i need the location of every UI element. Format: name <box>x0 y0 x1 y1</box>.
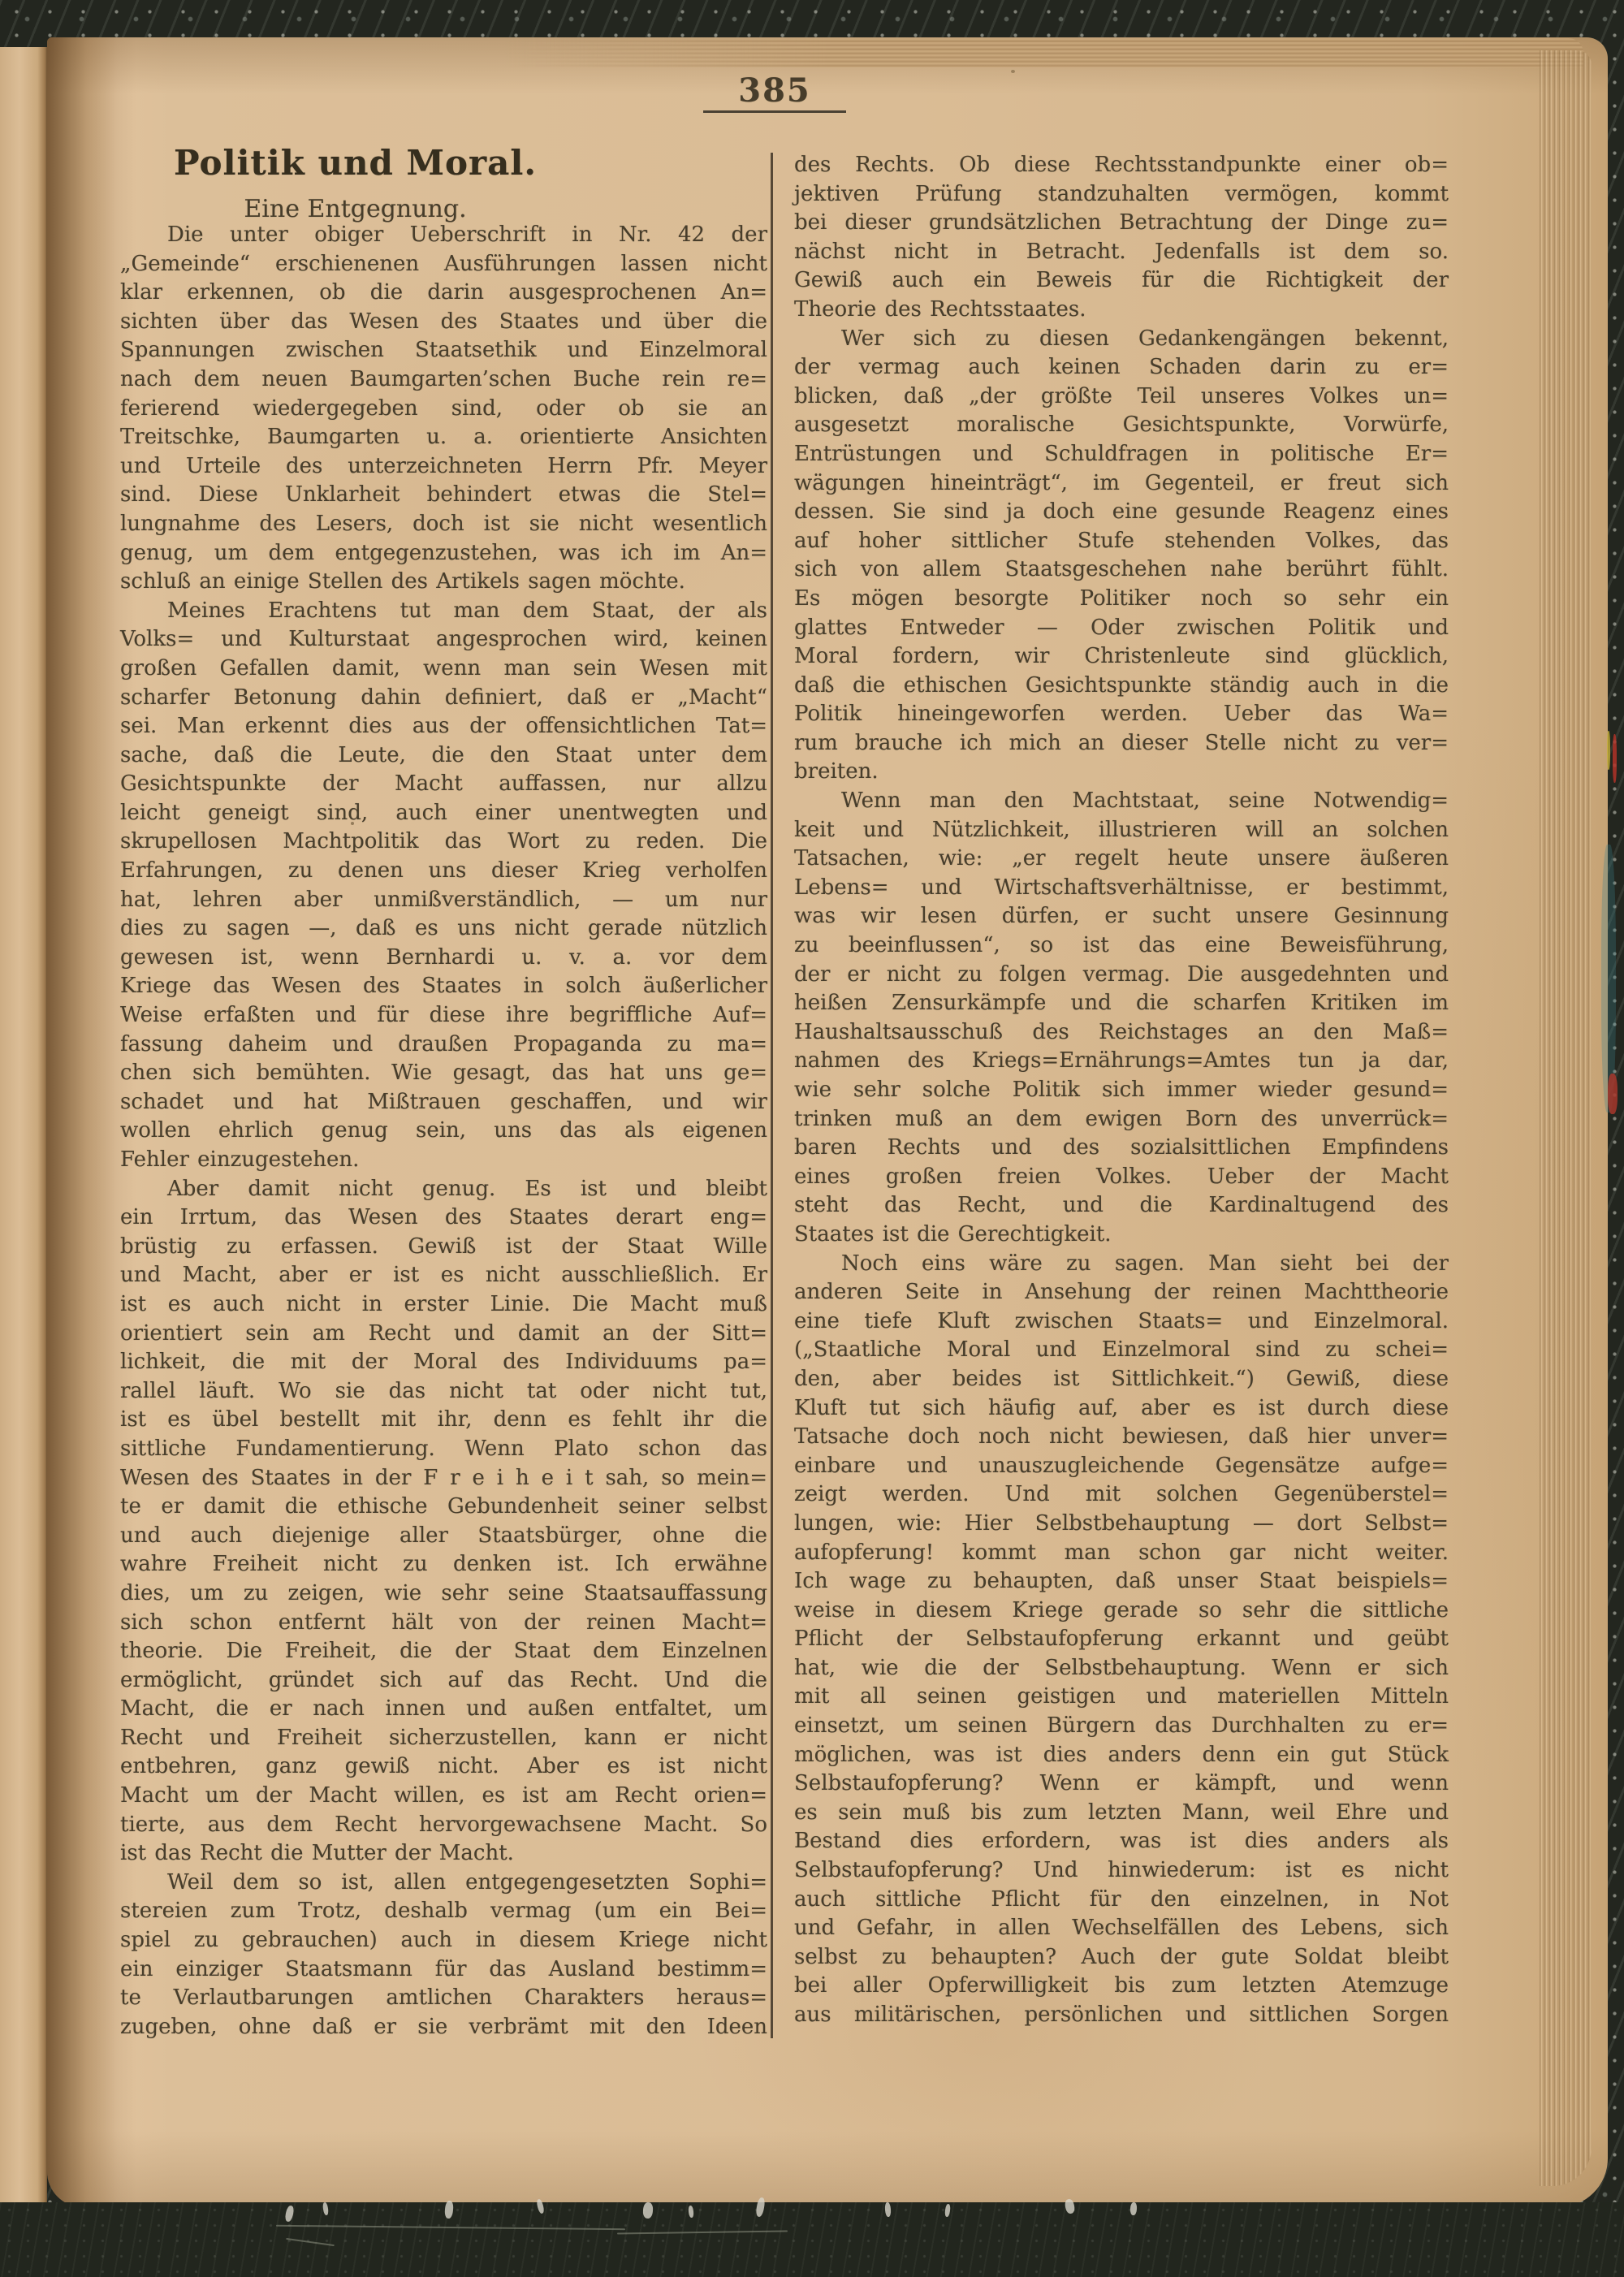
text-line: Moral fordern, wir Christenleute sind gl… <box>794 642 1449 672</box>
text-line: chen sich bemühten. Wie gesagt, das hat … <box>120 1059 767 1088</box>
text-line: nahmen des Kriegs=Ernährungs=Amtes tun j… <box>794 1047 1449 1076</box>
text-line: Gewiß auch ein Beweis für die Richtigkei… <box>794 266 1449 296</box>
text-line: ein einziger Staatsmann für das Ausland … <box>120 1955 767 1985</box>
text-line: wägungen hineinträgt“, im Gegenteil, er … <box>794 469 1449 499</box>
text-line: auf hoher sittlicher Stufe stehenden Vol… <box>794 527 1449 556</box>
text-line: Bestand dies erfordern, was ist dies and… <box>794 1827 1449 1856</box>
text-line: lichkeit, die mit der Moral des Individu… <box>120 1348 767 1377</box>
text-line: heißen Zensurkämpfe und die scharfen Kri… <box>794 989 1449 1018</box>
text-line: nach dem neuen Baumgarten’schen Buche re… <box>120 365 767 395</box>
text-line: sittliche Fundamentierung. Wenn Plato sc… <box>120 1435 767 1464</box>
text-line: Politik hineingeworfen werden. Ueber das… <box>794 700 1449 729</box>
text-line: sich von allem Staatsgeschehen nahe berü… <box>794 555 1449 585</box>
text-line: sache, daß die Leute, die den Staat unte… <box>120 741 767 771</box>
text-line: Gesichtspunkte der Macht auffassen, nur … <box>120 770 767 799</box>
text-line: auch sittliche Pflicht für den einzelnen… <box>794 1886 1449 1915</box>
text-line: dies zu sagen —, daß es uns nicht gerade… <box>120 914 767 944</box>
text-line: den, aber beides ist Sittlichkeit.“) Gew… <box>794 1365 1449 1394</box>
text-line: mit all seinen geistigen und materiellen… <box>794 1683 1449 1712</box>
text-line: rallel läuft. Wo sie das nicht tat oder … <box>120 1377 767 1406</box>
text-line: Noch eins wäre zu sagen. Man sieht bei d… <box>794 1250 1449 1279</box>
text-line: („Staatliche Moral und Einzelmoral sind … <box>794 1336 1449 1365</box>
text-line: skrupellosen Machtpolitik das Wort zu re… <box>120 827 767 857</box>
text-line: Pflicht der Selbstaufopferung erkannt un… <box>794 1625 1449 1654</box>
text-line: ist es übel bestellt mit ihr, denn es fe… <box>120 1406 767 1435</box>
text-line: Kluft tut sich häufig auf, aber es ist d… <box>794 1394 1449 1424</box>
text-line: was wir lesen dürfen, er sucht unsere Ge… <box>794 902 1449 931</box>
text-line: zeigt werden. Und mit solchen Gegenübers… <box>794 1480 1449 1510</box>
text-line: bei dieser grundsätzlichen Betrachtung d… <box>794 209 1449 238</box>
text-line: Tatsachen, wie: „er regelt heute unsere … <box>794 845 1449 874</box>
text-line: weise in diesem Kriege gerade so sehr di… <box>794 1596 1449 1626</box>
text-line: Wer sich zu diesen Gedankengängen bekenn… <box>794 325 1449 354</box>
column-divider-rule <box>771 153 773 2038</box>
text-line: Die unter obiger Ueberschrift in Nr. 42 … <box>120 221 767 250</box>
text-line: ist das Recht die Mutter der Macht. <box>120 1839 767 1869</box>
text-line: und Urteile des unterzeichneten Herrn Pf… <box>120 452 767 482</box>
edge-mark-teal <box>1601 845 1616 1113</box>
text-line: hat, wie die der Selbstbehauptung. Wenn … <box>794 1654 1449 1683</box>
text-line: baren Rechts und des sozialsittlichen Em… <box>794 1134 1449 1163</box>
facing-page-edge <box>0 47 47 2249</box>
text-line: stereien zum Trotz, deshalb vermag (um e… <box>120 1897 767 1926</box>
text-line: sichten über das Wesen des Staates und ü… <box>120 308 767 337</box>
text-line: aus militärischen, persönlichen und sitt… <box>794 2001 1449 2030</box>
text-line: fassung daheim und draußen Propaganda zu… <box>120 1030 767 1060</box>
text-line: te Verlautbarungen amtlichen Charakters … <box>120 1984 767 2013</box>
text-line: zugeben, ohne daß er sie verbrämt mit de… <box>120 2013 767 2042</box>
text-line: und Gefahr, in allen Wechselfällen des L… <box>794 1914 1449 1943</box>
text-line: blicken, daß „der größte Teil unseres Vo… <box>794 382 1449 412</box>
text-line: eines großen freien Volkes. Ueber der Ma… <box>794 1163 1449 1192</box>
text-line: trinken muß an dem ewigen Born des unver… <box>794 1105 1449 1134</box>
text-line: der vermag auch keinen Schaden darin zu … <box>794 353 1449 382</box>
text-line: Spannungen zwischen Staatsethik und Einz… <box>120 336 767 365</box>
text-line: lungnahme des Lesers, doch ist sie nicht… <box>120 510 767 539</box>
text-line: genug, um dem entgegenzustehen, was ich … <box>120 539 767 568</box>
text-line: nächst nicht in Betracht. Jedenfalls ist… <box>794 238 1449 267</box>
article-title: Politik und Moral. <box>122 143 589 183</box>
text-line: dies, um zu zeigen, wie sehr seine Staat… <box>120 1579 767 1609</box>
text-line: sind. Diese Unklarheit behindert etwas d… <box>120 481 767 510</box>
page-number: 385 <box>703 71 846 110</box>
text-line: entbehren, ganz gewiß nicht. Aber es ist… <box>120 1752 767 1782</box>
text-line: wahre Freiheit nicht zu denken ist. Ich … <box>120 1550 767 1579</box>
text-line: rum brauche ich mich an dieser Stelle ni… <box>794 729 1449 758</box>
text-line: Haushaltsausschuß des Reichstages an den… <box>794 1018 1449 1048</box>
text-line: Selbstaufopferung? Wenn er kämpft, und w… <box>794 1769 1449 1799</box>
text-line: es sein muß bis zum letzten Mann, weil E… <box>794 1799 1449 1828</box>
text-line: scharfer Betonung dahin definiert, daß e… <box>120 684 767 713</box>
text-line: ermöglicht, gründet sich auf das Recht. … <box>120 1666 767 1696</box>
text-line: bei aller Opferwilligkeit bis zum letzte… <box>794 1972 1449 2001</box>
text-line: breiten. <box>794 758 1449 787</box>
text-line: ausgesetzt moralische Gesichtspunkte, Vo… <box>794 411 1449 440</box>
text-line: anderen Seite in Ansehung der reinen Mac… <box>794 1278 1449 1307</box>
text-line: brüstig zu erfassen. Gewiß ist der Staat… <box>120 1233 767 1262</box>
text-line: theorie. Die Freiheit, die der Staat dem… <box>120 1637 767 1666</box>
text-line: Macht um der Macht willen, es ist am Rec… <box>120 1782 767 1811</box>
text-line: ist es auch nicht in erster Linie. Die M… <box>120 1290 767 1320</box>
text-line: Es mögen besorgte Politiker noch so sehr… <box>794 585 1449 614</box>
edge-mark-red-blob <box>1608 1074 1618 1114</box>
text-line: Wesen des Staates in der F r e i h e i t… <box>120 1464 767 1493</box>
text-line: zu beeinflussen“, so ist das eine Beweis… <box>794 931 1449 961</box>
text-line: Erfahrungen, zu denen uns dieser Krieg v… <box>120 857 767 886</box>
text-column-left: Die unter obiger Ueberschrift in Nr. 42 … <box>120 221 767 2042</box>
text-line: und Macht, aber er ist es nicht ausschli… <box>120 1261 767 1290</box>
text-line: te er damit die ethische Gebundenheit se… <box>120 1493 767 1522</box>
text-line: keit und Nützlichkeit, illustrieren will… <box>794 816 1449 845</box>
book-cover-bottom <box>0 2202 1624 2277</box>
text-line: Lebens= und Wirtschaftsverhältnisse, er … <box>794 874 1449 903</box>
text-line: daß die ethischen Gesichtspunkte ständig… <box>794 672 1449 701</box>
text-line: der er nicht zu folgen vermag. Die ausge… <box>794 961 1449 990</box>
book-photograph: { "page": { "number": "385", "title": "P… <box>0 0 1624 2277</box>
text-line: jektiven Prüfung standzuhalten vermögen,… <box>794 180 1449 210</box>
text-line: Tatsache doch noch nicht bewiesen, daß h… <box>794 1423 1449 1452</box>
text-line: Weise erfaßten und für diese ihre begrif… <box>120 1001 767 1030</box>
page-number-rule <box>703 110 846 113</box>
text-line: leicht geneigt sind, auch einer unentweg… <box>120 799 767 828</box>
text-line: gewesen ist, wenn Bernhardi u. v. a. vor… <box>120 944 767 973</box>
text-line: ein Irrtum, das Wesen des Staates derart… <box>120 1203 767 1233</box>
text-line: glattes Entweder — Oder zwischen Politik… <box>794 614 1449 643</box>
text-line: schluß an einige Stellen des Artikels sa… <box>120 568 767 597</box>
text-line: hat, lehren aber unmißverständlich, — um… <box>120 886 767 915</box>
text-line: orientiert sein am Recht und damit an de… <box>120 1320 767 1349</box>
text-line: einsetzt, um seinen Bürgern das Durchhal… <box>794 1712 1449 1741</box>
page-stack-top-edge <box>503 38 1583 67</box>
text-line: Wenn man den Machtstaat, seine Notwendig… <box>794 787 1449 816</box>
ink-speck <box>1011 70 1015 73</box>
text-line: Volks= und Kulturstaat angesprochen wird… <box>120 625 767 655</box>
page-stack-fore-edge <box>1540 50 1592 2186</box>
text-column-right: des Rechts. Ob diese Rechtsstandpunkte e… <box>794 151 1449 2030</box>
text-line: Selbstaufopferung? Und hinwiederum: ist … <box>794 1856 1449 1886</box>
text-line: aufopferung! kommt man schon gar nicht w… <box>794 1539 1449 1568</box>
text-line: Theorie des Rechtsstaates. <box>794 296 1449 325</box>
text-line: spiel zu gebrauchen) auch in diesem Krie… <box>120 1926 767 1955</box>
text-line: sei. Man erkennt dies aus der offensicht… <box>120 712 767 741</box>
text-line: eine tiefe Kluft zwischen Staats= und Ei… <box>794 1307 1449 1337</box>
text-line: klar erkennen, ob die darin ausgesproche… <box>120 279 767 308</box>
text-line: und auch diejenige aller Staatsbürger, o… <box>120 1522 767 1551</box>
text-line: Macht, die er nach innen und außen entfa… <box>120 1695 767 1724</box>
text-line: Staates ist die Gerechtigkeit. <box>794 1221 1449 1250</box>
text-line: schadet und hat Mißtrauen geschaffen, un… <box>120 1088 767 1117</box>
edge-mark-yellow <box>1607 731 1610 770</box>
text-line: selbst zu behaupten? Auch der gute Solda… <box>794 1943 1449 1972</box>
text-line: Ich wage zu behaupten, daß unser Staat b… <box>794 1567 1449 1596</box>
text-line: dessen. Sie sind ja doch eine gesunde Re… <box>794 498 1449 527</box>
text-line: Kriege das Wesen des Staates in solch äu… <box>120 972 767 1001</box>
text-line: Weil dem so ist, allen entgegengesetzten… <box>120 1869 767 1898</box>
text-line: Meines Erachtens tut man dem Staat, der … <box>120 597 767 626</box>
text-line: sich schon entfernt hält von der reinen … <box>120 1609 767 1638</box>
text-line: wie sehr solche Politik sich immer wiede… <box>794 1076 1449 1105</box>
text-line: Treitschke, Baumgarten u. a. orientierte… <box>120 423 767 452</box>
text-line: des Rechts. Ob diese Rechtsstandpunkte e… <box>794 151 1449 180</box>
text-line: wollen ehrlich genug sein, uns das als e… <box>120 1117 767 1146</box>
text-line: „Gemeinde“ erschienenen Ausführungen las… <box>120 250 767 279</box>
article-subtitle: Eine Entgegnung. <box>122 195 589 223</box>
text-line: Entrüstungen und Schuldfragen in politis… <box>794 440 1449 469</box>
text-line: lungen, wie: Hier Selbstbehauptung — dor… <box>794 1510 1449 1539</box>
text-line: Aber damit nicht genug. Es ist und bleib… <box>120 1175 767 1204</box>
text-line: möglichen, was ist dies anders denn ein … <box>794 1741 1449 1770</box>
edge-mark-red <box>1613 734 1617 783</box>
text-line: ferierend wiedergegeben sind, oder ob si… <box>120 395 767 424</box>
text-line: einbare und unauszugleichende Gegensätze… <box>794 1452 1449 1481</box>
text-line: steht das Recht, und die Kardinaltugend … <box>794 1191 1449 1221</box>
text-line: Recht und Freiheit sicherzustellen, kann… <box>120 1724 767 1753</box>
text-line: tierte, aus dem Recht hervorgewachsene M… <box>120 1811 767 1840</box>
text-line: Fehler einzugestehen. <box>120 1146 767 1175</box>
text-line: großen Gefallen damit, wenn man sein Wes… <box>120 655 767 684</box>
